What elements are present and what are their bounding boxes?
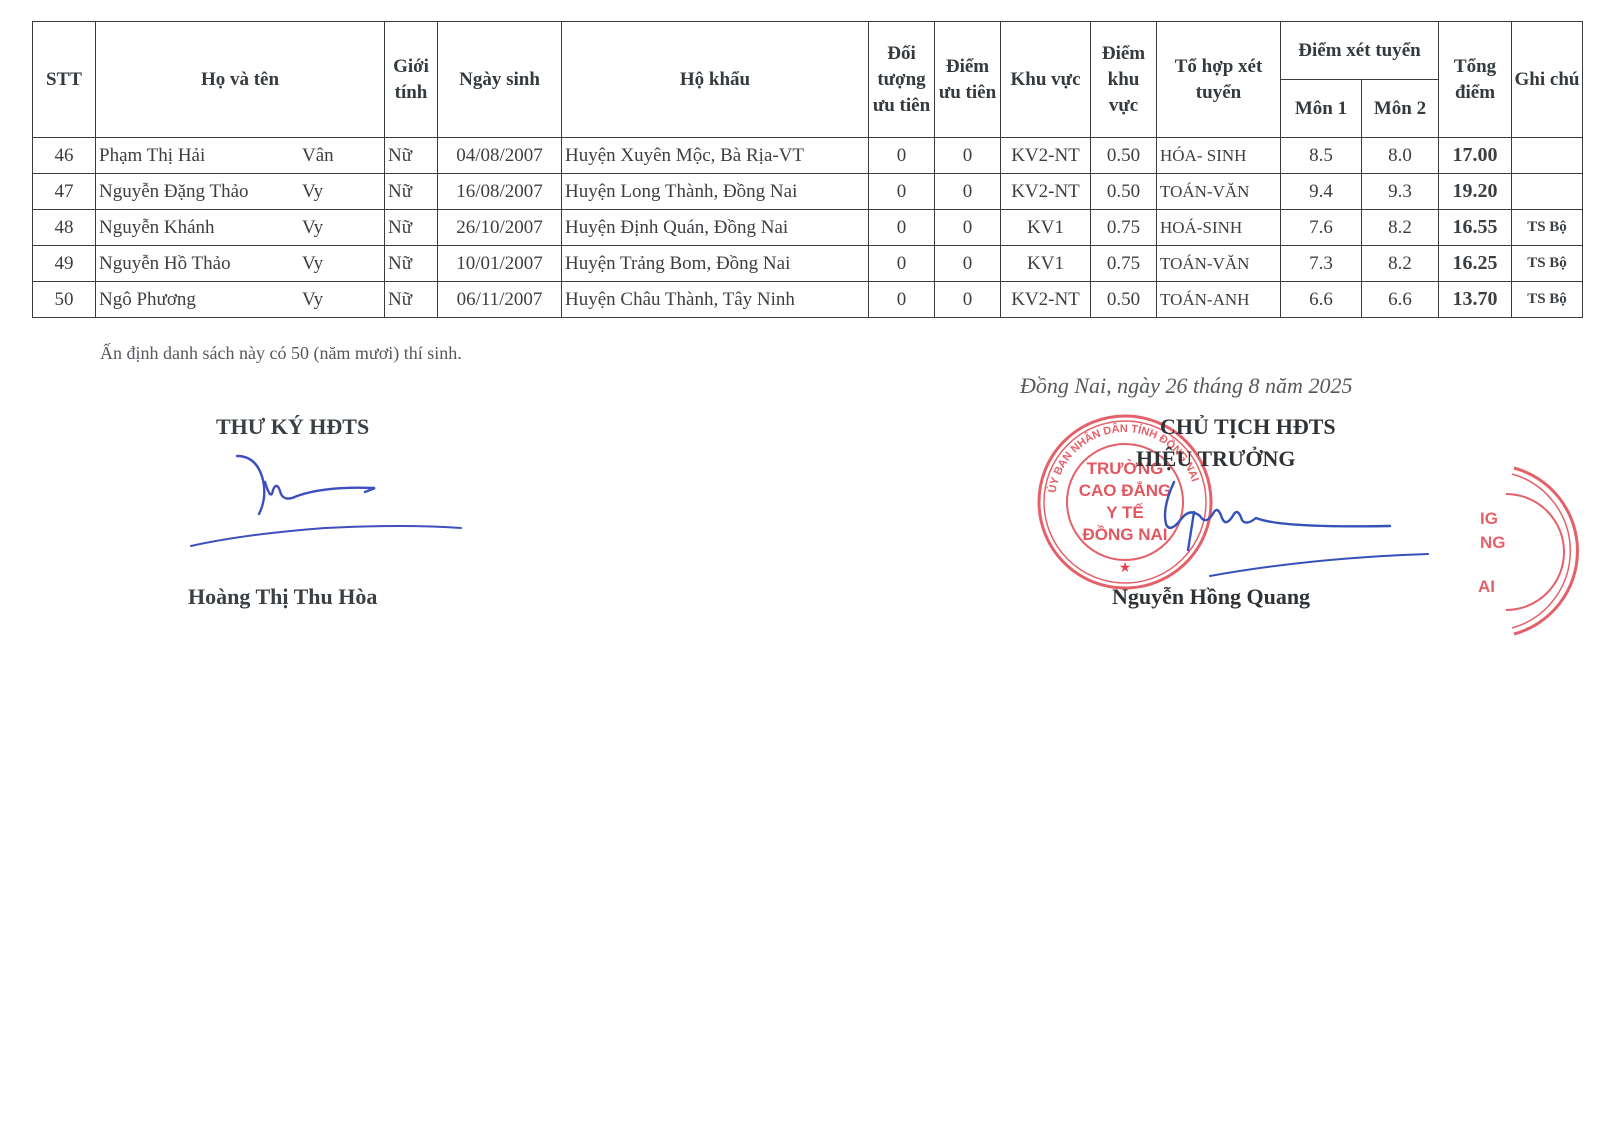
cell-dob: 26/10/2007 [438, 210, 562, 246]
cell-total: 19.20 [1439, 174, 1512, 210]
cell-residence: Huyện Châu Thành, Tây Ninh [562, 282, 869, 318]
secretary-title: THƯ KÝ HĐTS [216, 414, 369, 440]
header-admission-score: Điểm xét tuyển [1281, 22, 1439, 80]
cell-gender: Nữ [385, 246, 438, 282]
svg-text:Y TẾ: Y TẾ [1106, 503, 1143, 522]
header-priority-group: Đối tượng ưu tiên [869, 22, 935, 138]
header-gender: Giới tính [385, 22, 438, 138]
cell-subject2: 9.3 [1362, 174, 1439, 210]
header-region: Khu vực [1001, 22, 1091, 138]
chair-title: CHỦ TỊCH HĐTS [1160, 414, 1336, 440]
confirmation-text: Ấn định danh sách này có 50 (năm mươi) t… [100, 343, 462, 364]
cell-note: TS Bộ [1512, 282, 1583, 318]
cell-total: 16.55 [1439, 210, 1512, 246]
cell-gender: Nữ [385, 174, 438, 210]
cell-dob: 10/01/2007 [438, 246, 562, 282]
cell-region: KV2-NT [1001, 282, 1091, 318]
cell-residence: Huyện Trảng Bom, Đồng Nai [562, 246, 869, 282]
header-note: Ghi chú [1512, 22, 1583, 138]
cell-surname: Nguyễn Khánh [99, 217, 215, 238]
header-residence: Hộ khẩu [562, 22, 869, 138]
table-row: 49 Nguyễn Hồ ThảoVy Nữ 10/01/2007 Huyện … [33, 246, 1583, 282]
svg-text:AI: AI [1478, 577, 1495, 596]
cell-gender: Nữ [385, 210, 438, 246]
header-subject2: Môn 2 [1362, 80, 1439, 138]
partial-stamp: IGNGAI [1450, 462, 1600, 642]
cell-gender: Nữ [385, 138, 438, 174]
cell-given-name: Vy [302, 246, 323, 281]
header-priority-points: Điểm ưu tiên [935, 22, 1001, 138]
cell-name: Nguyễn Đặng ThảoVy [96, 174, 385, 210]
cell-region-points: 0.75 [1091, 210, 1157, 246]
svg-text:ĐỒNG NAI: ĐỒNG NAI [1083, 525, 1168, 544]
cell-gender: Nữ [385, 282, 438, 318]
cell-subject1: 9.4 [1281, 174, 1362, 210]
cell-subject2: 8.2 [1362, 246, 1439, 282]
cell-given-name: Vy [302, 210, 323, 245]
place-date: Đồng Nai, ngày 26 tháng 8 năm 2025 [1020, 373, 1352, 399]
cell-priority-points: 0 [935, 282, 1001, 318]
cell-subject1: 6.6 [1281, 282, 1362, 318]
cell-stt: 47 [33, 174, 96, 210]
cell-subject2: 8.2 [1362, 210, 1439, 246]
header-name: Họ và tên [96, 22, 385, 138]
cell-priority-group: 0 [869, 282, 935, 318]
cell-priority-group: 0 [869, 174, 935, 210]
header-dob: Ngày sinh [438, 22, 562, 138]
cell-residence: Huyện Xuyên Mộc, Bà Rịa-VT [562, 138, 869, 174]
cell-name: Nguyễn Hồ ThảoVy [96, 246, 385, 282]
svg-text:★: ★ [1119, 561, 1132, 576]
cell-given-name: Vy [302, 282, 323, 317]
cell-combination: TOÁN-VĂN [1157, 174, 1281, 210]
header-combination: Tổ hợp xét tuyển [1157, 22, 1281, 138]
cell-note [1512, 174, 1583, 210]
table-row: 47 Nguyễn Đặng ThảoVy Nữ 16/08/2007 Huyệ… [33, 174, 1583, 210]
cell-residence: Huyện Định Quán, Đồng Nai [562, 210, 869, 246]
cell-total: 16.25 [1439, 246, 1512, 282]
chair-name: Nguyễn Hồng Quang [1112, 584, 1310, 610]
cell-subject1: 7.3 [1281, 246, 1362, 282]
cell-priority-points: 0 [935, 174, 1001, 210]
cell-given-name: Vân [302, 138, 334, 173]
cell-residence: Huyện Long Thành, Đồng Nai [562, 174, 869, 210]
chair-signature [1160, 478, 1450, 578]
cell-total: 13.70 [1439, 282, 1512, 318]
cell-dob: 06/11/2007 [438, 282, 562, 318]
cell-region: KV2-NT [1001, 174, 1091, 210]
svg-text:IG: IG [1480, 509, 1498, 528]
cell-priority-points: 0 [935, 210, 1001, 246]
header-region-points: Điểm khu vực [1091, 22, 1157, 138]
cell-stt: 49 [33, 246, 96, 282]
cell-stt: 50 [33, 282, 96, 318]
cell-subject1: 7.6 [1281, 210, 1362, 246]
cell-combination: TOÁN-VĂN [1157, 246, 1281, 282]
cell-surname: Nguyễn Đặng Thảo [99, 181, 249, 202]
cell-region: KV1 [1001, 210, 1091, 246]
cell-surname: Nguyễn Hồ Thảo [99, 253, 231, 274]
cell-surname: Phạm Thị Hải [99, 145, 205, 166]
cell-dob: 16/08/2007 [438, 174, 562, 210]
cell-name: Nguyễn KhánhVy [96, 210, 385, 246]
cell-dob: 04/08/2007 [438, 138, 562, 174]
table-row: 46 Phạm Thị HảiVân Nữ 04/08/2007 Huyện X… [33, 138, 1583, 174]
cell-priority-points: 0 [935, 246, 1001, 282]
cell-note: TS Bộ [1512, 246, 1583, 282]
cell-priority-points: 0 [935, 138, 1001, 174]
secretary-name: Hoàng Thị Thu Hòa [188, 584, 377, 610]
cell-name: Phạm Thị HảiVân [96, 138, 385, 174]
header-stt: STT [33, 22, 96, 138]
cell-combination: HOÁ-SINH [1157, 210, 1281, 246]
cell-note [1512, 138, 1583, 174]
cell-region: KV1 [1001, 246, 1091, 282]
cell-subject2: 8.0 [1362, 138, 1439, 174]
candidate-table: STT Họ và tên Giới tính Ngày sinh Hộ khẩ… [32, 21, 1583, 318]
cell-priority-group: 0 [869, 246, 935, 282]
header-total: Tổng điểm [1439, 22, 1512, 138]
cell-region: KV2-NT [1001, 138, 1091, 174]
cell-total: 17.00 [1439, 138, 1512, 174]
secretary-signature [185, 450, 475, 560]
cell-subject1: 8.5 [1281, 138, 1362, 174]
cell-name: Ngô PhươngVy [96, 282, 385, 318]
cell-region-points: 0.50 [1091, 174, 1157, 210]
cell-subject2: 6.6 [1362, 282, 1439, 318]
table-row: 48 Nguyễn KhánhVy Nữ 26/10/2007 Huyện Đị… [33, 210, 1583, 246]
chair-subtitle: HIỆU TRƯỞNG [1136, 446, 1296, 472]
cell-combination: TOÁN-ANH [1157, 282, 1281, 318]
cell-region-points: 0.75 [1091, 246, 1157, 282]
cell-note: TS Bộ [1512, 210, 1583, 246]
header-subject1: Môn 1 [1281, 80, 1362, 138]
cell-priority-group: 0 [869, 210, 935, 246]
cell-region-points: 0.50 [1091, 138, 1157, 174]
cell-combination: HÓA- SINH [1157, 138, 1281, 174]
table-row: 50 Ngô PhươngVy Nữ 06/11/2007 Huyện Châu… [33, 282, 1583, 318]
cell-region-points: 0.50 [1091, 282, 1157, 318]
svg-text:CAO ĐẲNG: CAO ĐẲNG [1079, 481, 1172, 500]
cell-priority-group: 0 [869, 138, 935, 174]
cell-stt: 48 [33, 210, 96, 246]
cell-surname: Ngô Phương [99, 289, 196, 310]
svg-text:NG: NG [1480, 533, 1506, 552]
cell-stt: 46 [33, 138, 96, 174]
cell-given-name: Vy [302, 174, 323, 209]
